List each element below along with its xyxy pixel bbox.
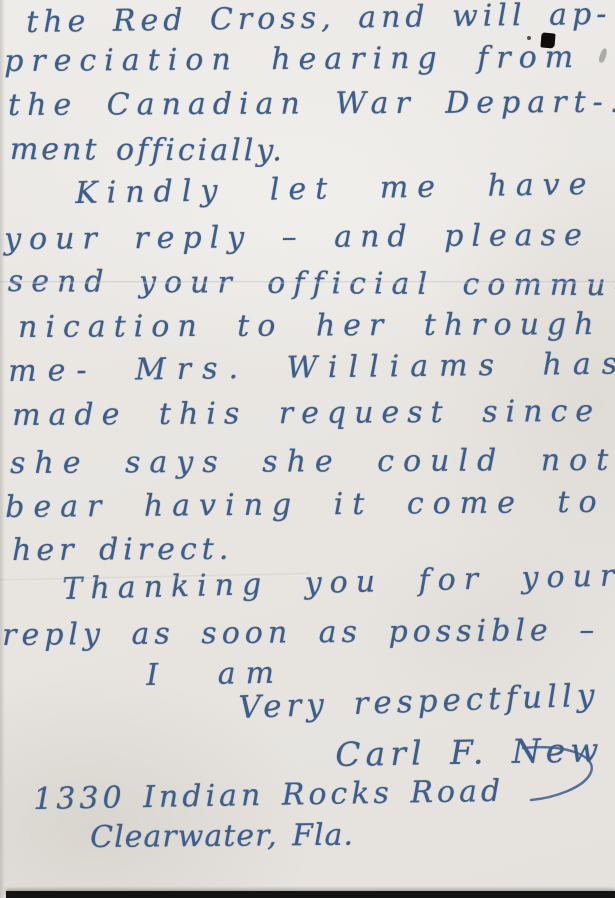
address-line: 1330 Indian Rocks Road [33,774,504,817]
ink-speck [527,36,531,40]
handwritten-line: made this request since [12,394,601,433]
closing-line: Very respectfully [238,677,600,726]
ink-blot [540,32,555,48]
handwritten-line: her direct. [12,532,233,568]
address-line: Clearwater, Fla. [90,818,354,855]
handwritten-line: reply as soon as possible – [2,613,599,653]
handwritten-line: nication to her through [18,307,602,345]
handwritten-line: ment officially. [10,132,285,168]
signature-flourish [505,742,615,804]
scan-edge-shadow [0,0,5,898]
handwritten-line: the Canadian War Depart-. [8,85,615,123]
handwritten-line: the Red Cross, and will ap- [26,0,612,40]
scan-edge-shadow [6,891,615,898]
fold-crease [0,281,615,284]
smudge-mark [598,47,608,63]
letter-page: the Red Cross, and will ap- preciation h… [0,0,615,898]
handwritten-line: preciation hearing from [4,40,581,79]
handwritten-line: bear having it come to [5,485,606,525]
handwritten-line: me- Mrs. Williams has [8,346,615,389]
handwritten-line: I am [146,656,284,693]
handwritten-line: she says she could not [10,443,615,481]
handwritten-line: your reply – and please [4,218,590,257]
handwritten-line: Kindly let me have [75,167,596,211]
